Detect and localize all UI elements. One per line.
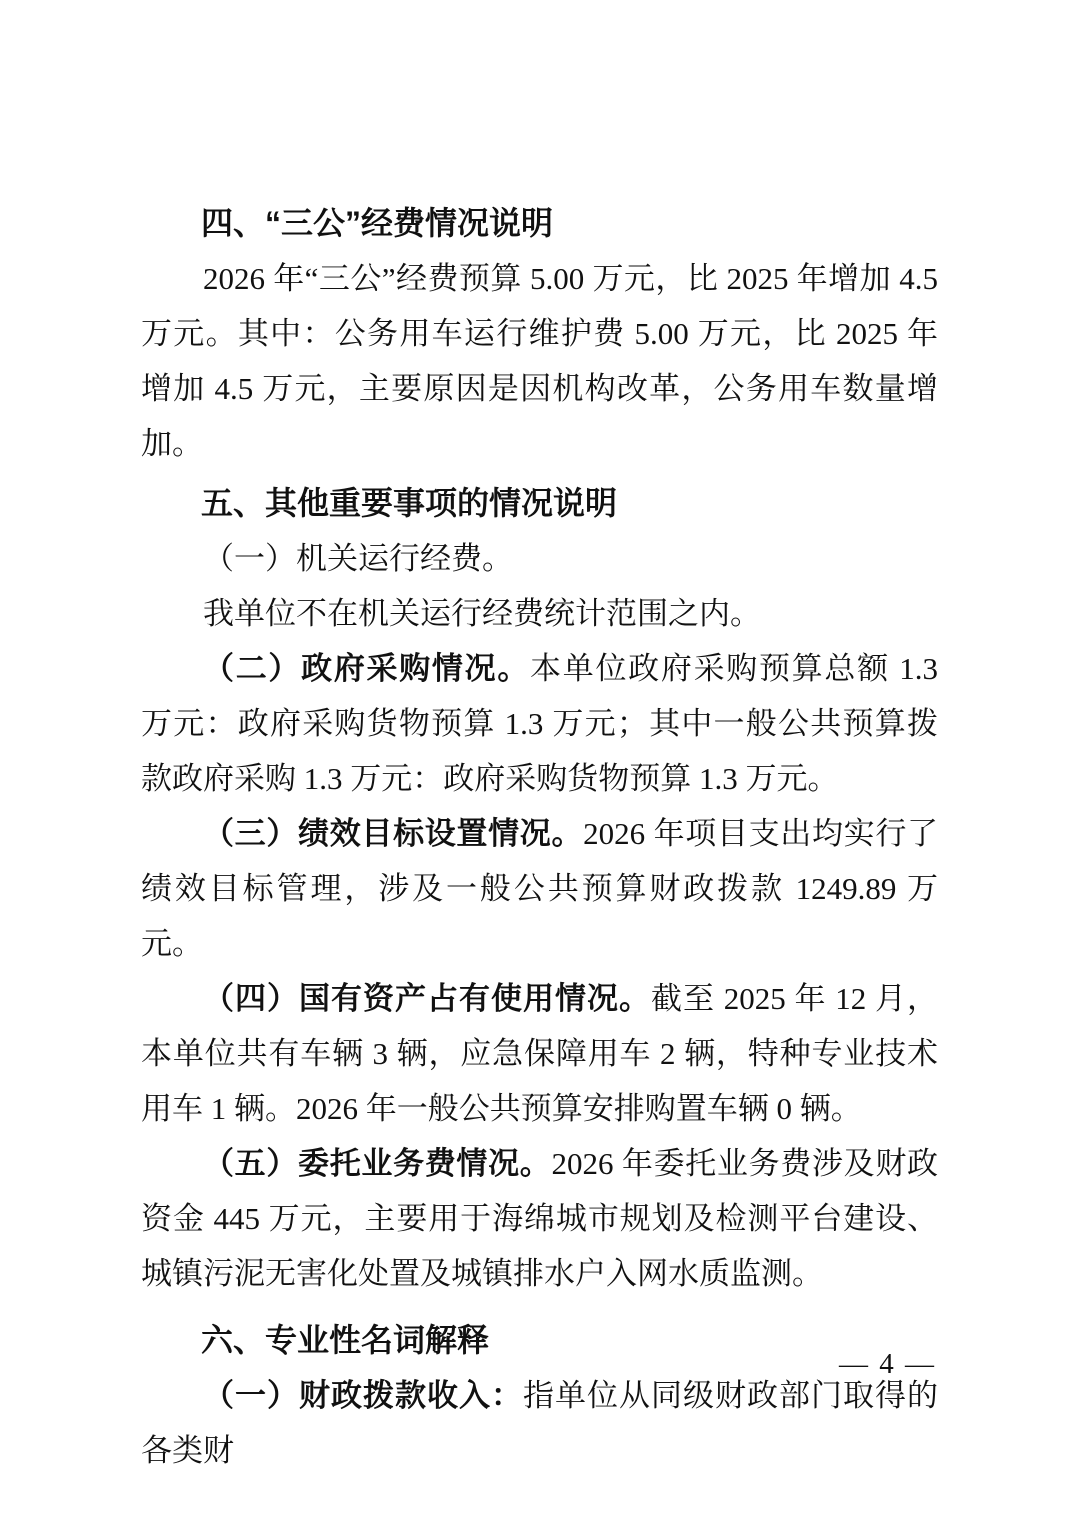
section-heading-six-terminology: 六、专业性名词解释 xyxy=(141,1313,938,1368)
paragraph-lead-performance-targets: （三）绩效目标设置情况。 xyxy=(203,816,583,851)
section-heading-five-other-important-matters: 五、其他重要事项的情况说明 xyxy=(141,476,938,531)
section-heading-four-three-public-expenses: 四、“三公”经费情况说明 xyxy=(141,196,938,251)
page-number: — 4 — xyxy=(839,1346,936,1382)
paragraph-three-public-expenses: 2026 年“三公”经费预算 5.00 万元，比 2025 年增加 4.5 万元… xyxy=(141,251,938,471)
paragraph-lead-state-owned-assets: （四）国有资产占有使用情况。 xyxy=(203,981,651,1016)
paragraph-state-owned-assets: （四）国有资产占有使用情况。截至 2025 年 12 月，本单位共有车辆 3 辆… xyxy=(141,971,938,1136)
paragraph-performance-targets: （三）绩效目标设置情况。2026 年项目支出均实行了绩效目标管理，涉及一般公共预… xyxy=(141,806,938,971)
paragraph-lead-government-procurement: （二）政府采购情况。 xyxy=(203,651,530,686)
paragraph-agency-operating-funds-title: （一）机关运行经费。 xyxy=(141,531,938,586)
paragraph-entrusted-business-fees: （五）委托业务费情况。2026 年委托业务费涉及财政资金 445 万元，主要用于… xyxy=(141,1136,938,1301)
paragraph-government-procurement: （二）政府采购情况。本单位政府采购预算总额 1.3 万元：政府采购货物预算 1.… xyxy=(141,641,938,806)
paragraph-agency-operating-funds-note: 我单位不在机关运行经费统计范围之内。 xyxy=(141,586,938,641)
paragraph-lead-entrusted-business-fees: （五）委托业务费情况。 xyxy=(203,1146,551,1181)
document-content: 四、“三公”经费情况说明 2026 年“三公”经费预算 5.00 万元，比 20… xyxy=(141,196,938,1478)
paragraph-fiscal-appropriation-income: （一）财政拨款收入：指单位从同级财政部门取得的各类财 xyxy=(141,1368,938,1478)
document-page: 四、“三公”经费情况说明 2026 年“三公”经费预算 5.00 万元，比 20… xyxy=(0,0,1074,1520)
paragraph-lead-fiscal-appropriation-income: （一）财政拨款收入： xyxy=(203,1378,523,1413)
